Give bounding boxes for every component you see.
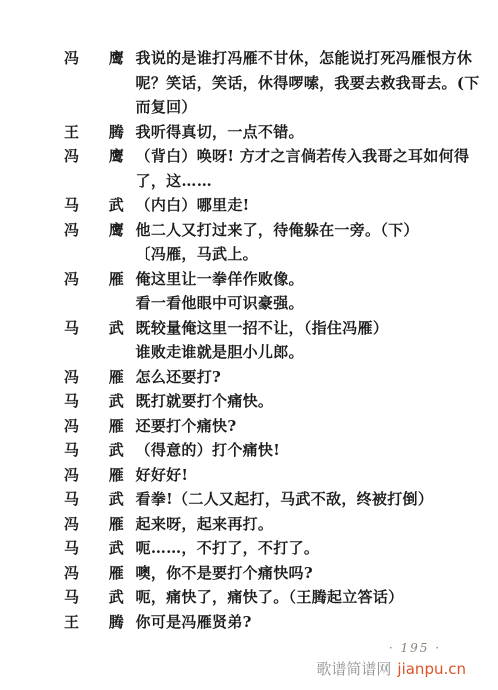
dialogue-text: 还要打个痛快? xyxy=(136,414,237,439)
speaker-name: 马武 xyxy=(64,389,124,414)
dialogue-text: 好好好! xyxy=(136,463,189,488)
script-line: 冯雁 起来呀，起来再打。 xyxy=(64,512,474,537)
dialogue-text: 呃，痛快了，痛快了。（王腾起立答话） xyxy=(136,585,404,610)
dialogue-text: 既较量俺这里一招不让，（指住冯雁） xyxy=(136,316,389,341)
speaker-name: 马武 xyxy=(64,316,124,341)
script-line: 冯雁 怎么还要打? xyxy=(64,365,474,390)
dialogue-text: 起来呀，起来再打。 xyxy=(136,512,274,537)
speaker-name: 冯雁 xyxy=(64,414,124,439)
dialogue-text: 看拳!（二人又起打，马武不敌，终被打倒） xyxy=(136,487,434,512)
script-line: 〔冯雁，马武上。 xyxy=(64,242,474,267)
script-line: 马武 呃……，不打了，不打了。 xyxy=(64,536,474,561)
speaker-name: 马武 xyxy=(64,585,124,610)
dialogue-text: （内白）哪里走! xyxy=(136,193,250,218)
script-line: 马武 呃，痛快了，痛快了。（王腾起立答话） xyxy=(64,585,474,610)
script-line: 冯雁 噢，你不是要打个痛快吗? xyxy=(64,561,474,586)
dialogue-text: 看一看他眼中可识豪强。 xyxy=(136,291,304,316)
dialogue-text: 而复回） xyxy=(136,95,197,120)
book-page: 冯鹰 我说的是谁打冯雁不甘休，怎能说打死冯雁恨方休 呢？笑话，笑话，休得啰嗦，我… xyxy=(0,0,498,690)
watermark-site-url: jianpu.cn xyxy=(397,660,466,678)
script-line: 王腾 我听得真切，一点不错。 xyxy=(64,120,474,145)
script-line: 马武 （得意的）打个痛快! xyxy=(64,438,474,463)
script-line: 而复回） xyxy=(64,95,474,120)
script-line: 谁败走谁就是胆小儿郎。 xyxy=(64,340,474,365)
speaker-name: 冯雁 xyxy=(64,463,124,488)
script-line: 马武 既较量俺这里一招不让，（指住冯雁） xyxy=(64,316,474,341)
speaker-name: 马武 xyxy=(64,536,124,561)
dialogue-text: 噢，你不是要打个痛快吗? xyxy=(136,561,313,586)
speaker-name: 冯雁 xyxy=(64,365,124,390)
speaker-name: 王腾 xyxy=(64,120,124,145)
dialogue-text: 你可是冯雁贤弟? xyxy=(136,610,252,635)
speaker-name: 马武 xyxy=(64,193,124,218)
dialogue-text: 呢？笑话，笑话，休得啰嗦，我要去救我哥去。(下 xyxy=(136,71,480,96)
speaker-name: 冯鹰 xyxy=(64,218,124,243)
watermark: 歌谱简谱网jianpu.cn xyxy=(316,658,466,679)
script-line: 冯鹰 我说的是谁打冯雁不甘休，怎能说打死冯雁恨方休 xyxy=(64,46,474,71)
speaker-name: 马武 xyxy=(64,438,124,463)
dialogue-text: 他二人又打过来了，待俺躲在一旁。（下） xyxy=(136,218,419,243)
script-line: 马武 既打就要打个痛快。 xyxy=(64,389,474,414)
dialogue-text: 既打就要打个痛快。 xyxy=(136,389,274,414)
speaker-name: 马武 xyxy=(64,487,124,512)
dialogue-text: 呃……，不打了，不打了。 xyxy=(136,536,320,561)
script-line: 冯鹰 他二人又打过来了，待俺躲在一旁。（下） xyxy=(64,218,474,243)
script-line: 王腾 你可是冯雁贤弟? xyxy=(64,610,474,635)
script-line: 冯雁 俺这里让一拳佯作败像。 xyxy=(64,267,474,292)
dialogue-text: 怎么还要打? xyxy=(136,365,222,390)
speaker-name: 冯雁 xyxy=(64,267,124,292)
speaker-name: 冯鹰 xyxy=(64,46,124,71)
page-number: · 195 · xyxy=(383,641,447,655)
script-line: 了，这…… xyxy=(64,169,474,194)
script-line: 冯雁 还要打个痛快? xyxy=(64,414,474,439)
watermark-site-name: 歌谱简谱网 xyxy=(316,660,391,678)
speaker-name: 王腾 xyxy=(64,610,124,635)
speaker-name: 冯鹰 xyxy=(64,144,124,169)
script-line: 冯雁 好好好! xyxy=(64,463,474,488)
script-line: 马武 （内白）哪里走! xyxy=(64,193,474,218)
script-dialogue-block: 冯鹰 我说的是谁打冯雁不甘休，怎能说打死冯雁恨方休 呢？笑话，笑话，休得啰嗦，我… xyxy=(64,46,474,634)
dialogue-text: 我听得真切，一点不错。 xyxy=(136,120,304,145)
script-line: 呢？笑话，笑话，休得啰嗦，我要去救我哥去。(下 xyxy=(64,71,474,96)
speaker-name: 冯雁 xyxy=(64,512,124,537)
speaker-name: 冯雁 xyxy=(64,561,124,586)
script-line: 冯鹰 （背白）唤呀! 方才之言倘若传入我哥之耳如何得 xyxy=(64,144,474,169)
dialogue-text: （背白）唤呀! 方才之言倘若传入我哥之耳如何得 xyxy=(136,144,470,169)
script-line: 看一看他眼中可识豪强。 xyxy=(64,291,474,316)
dialogue-text: 谁败走谁就是胆小儿郎。 xyxy=(136,340,304,365)
dialogue-text: 了，这…… xyxy=(136,169,213,194)
dialogue-text: 〔冯雁，马武上。 xyxy=(136,242,258,267)
script-line: 马武 看拳!（二人又起打，马武不敌，终被打倒） xyxy=(64,487,474,512)
dialogue-text: （得意的）打个痛快! xyxy=(136,438,281,463)
dialogue-text: 我说的是谁打冯雁不甘休，怎能说打死冯雁恨方休 xyxy=(136,46,473,71)
dialogue-text: 俺这里让一拳佯作败像。 xyxy=(136,267,304,292)
